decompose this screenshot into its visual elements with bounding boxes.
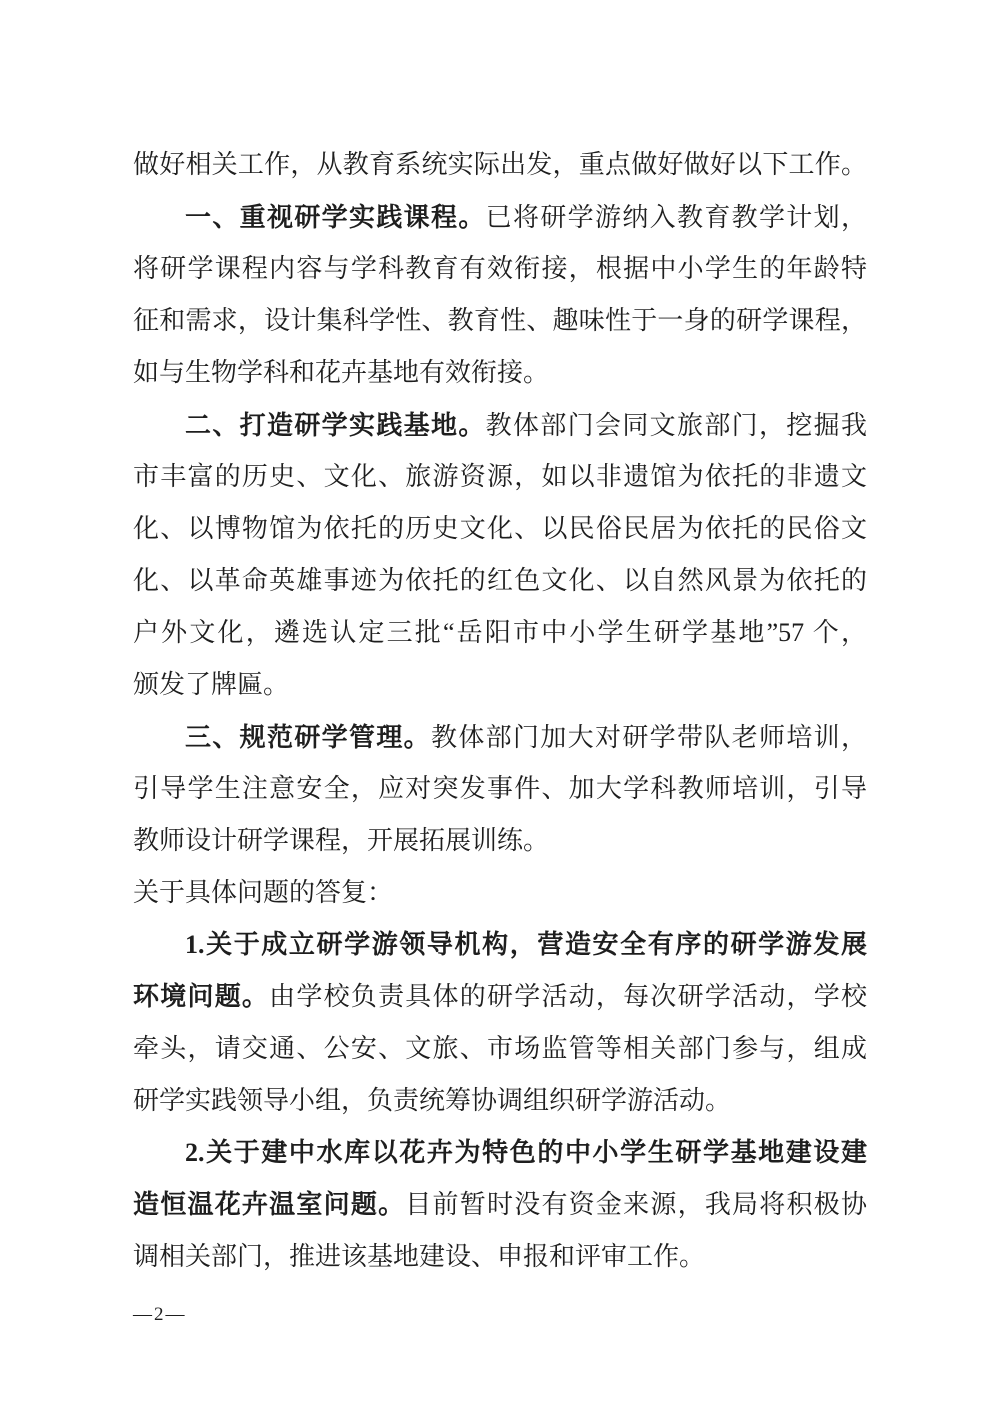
body-text: 市丰富的历史、文化、旅游资源，如以非遗馆为依托的非遗文 [133, 462, 867, 491]
section-heading: 二、打造研学实践基地。 [185, 410, 486, 440]
text-line: 造恒温花卉温室问题。目前暂时没有资金来源，我局将积极协 [133, 1179, 867, 1231]
body-text: 由学校负责具体的研学活动，每次研学活动，学校 [269, 982, 867, 1011]
text-line: 一、重视研学实践课程。已将研学游纳入教育教学计划， [133, 191, 867, 243]
body-text: 牵头，请交通、公安、文旅、市场监管等相关部门参与，组成 [133, 1034, 867, 1063]
body-text: 调相关部门，推进该基地建设、申报和评审工作。 [133, 1242, 705, 1271]
text-line: 化、以革命英雄事迹为依托的红色文化、以自然风景为依托的 [133, 555, 867, 607]
text-line: 化、以博物馆为依托的历史文化、以民俗民居为依托的民俗文 [133, 503, 867, 555]
body-text: 如与生物学科和花卉基地有效衔接。 [133, 358, 549, 387]
text-line: 颁发了牌匾。 [133, 659, 867, 711]
item-heading: 环境问题。 [133, 982, 269, 1011]
body-text: 化、以革命英雄事迹为依托的红色文化、以自然风景为依托的 [133, 566, 867, 595]
body-text: 将研学课程内容与学科教育有效衔接，根据中小学生的年龄特 [133, 254, 867, 283]
text-line: 二、打造研学实践基地。教体部门会同文旅部门，挖掘我 [133, 399, 867, 451]
body-text: 研学实践领导小组，负责统筹协调组织研学游活动。 [133, 1086, 731, 1115]
item-heading: 1.关于成立研学游领导机构，营造安全有序的研学游发展 [185, 930, 867, 959]
item-heading: 2.关于建中水库以花卉为特色的中小学生研学基地建设建 [185, 1138, 867, 1167]
body-text: 征和需求，设计集科学性、教育性、趣味性于一身的研学课程， [133, 306, 867, 335]
body-text: 已将研学游纳入教育教学计划， [486, 203, 867, 232]
document-page: 做好相关工作，从教育系统实际出发，重点做好做好以下工作。 一、重视研学实践课程。… [0, 0, 1000, 1414]
section-heading: 一、重视研学实践课程。 [185, 202, 486, 232]
text-line: 调相关部门，推进该基地建设、申报和评审工作。 [133, 1231, 867, 1283]
text-line: 引导学生注意安全，应对突发事件、加大学科教师培训，引导 [133, 763, 867, 815]
text-line: 户外文化，遴选认定三批“岳阳市中小学生研学基地”57 个， [133, 607, 867, 659]
section-heading: 三、规范研学管理。 [185, 722, 431, 752]
text-line: 市丰富的历史、文化、旅游资源，如以非遗馆为依托的非遗文 [133, 451, 867, 503]
body-text: 教体部门会同文旅部门，挖掘我 [486, 411, 867, 440]
body-text: 做好相关工作，从教育系统实际出发，重点做好做好以下工作。 [133, 150, 867, 179]
text-line: 做好相关工作，从教育系统实际出发，重点做好做好以下工作。 [133, 139, 867, 191]
body-text: 教体部门加大对研学带队老师培训， [431, 723, 867, 752]
text-line: 1.关于成立研学游领导机构，营造安全有序的研学游发展 [133, 919, 867, 971]
body-text: 引导学生注意安全，应对突发事件、加大学科教师培训，引导 [133, 774, 867, 803]
body-text: 关于具体问题的答复： [133, 878, 393, 907]
text-line: 将研学课程内容与学科教育有效衔接，根据中小学生的年龄特 [133, 243, 867, 295]
document-body: 做好相关工作，从教育系统实际出发，重点做好做好以下工作。 一、重视研学实践课程。… [133, 139, 867, 1283]
text-line: 如与生物学科和花卉基地有效衔接。 [133, 347, 867, 399]
text-line: 三、规范研学管理。教体部门加大对研学带队老师培训， [133, 711, 867, 763]
text-line: 教师设计研学课程，开展拓展训练。 [133, 815, 867, 867]
text-line: 牵头，请交通、公安、文旅、市场监管等相关部门参与，组成 [133, 1023, 867, 1075]
text-line: 2.关于建中水库以花卉为特色的中小学生研学基地建设建 [133, 1127, 867, 1179]
page-number: —2— [133, 1298, 187, 1332]
item-heading: 造恒温花卉温室问题。 [133, 1190, 405, 1219]
body-text: 颁发了牌匾。 [133, 670, 289, 699]
body-text: 教师设计研学课程，开展拓展训练。 [133, 826, 549, 855]
body-text: 目前暂时没有资金来源，我局将积极协 [405, 1190, 867, 1219]
text-line: 研学实践领导小组，负责统筹协调组织研学游活动。 [133, 1075, 867, 1127]
text-line: 关于具体问题的答复： [133, 867, 867, 919]
body-text: 户外文化，遴选认定三批“岳阳市中小学生研学基地”57 个， [133, 618, 867, 647]
text-line: 环境问题。由学校负责具体的研学活动，每次研学活动，学校 [133, 971, 867, 1023]
body-text: 化、以博物馆为依托的历史文化、以民俗民居为依托的民俗文 [133, 514, 867, 543]
text-line: 征和需求，设计集科学性、教育性、趣味性于一身的研学课程， [133, 295, 867, 347]
